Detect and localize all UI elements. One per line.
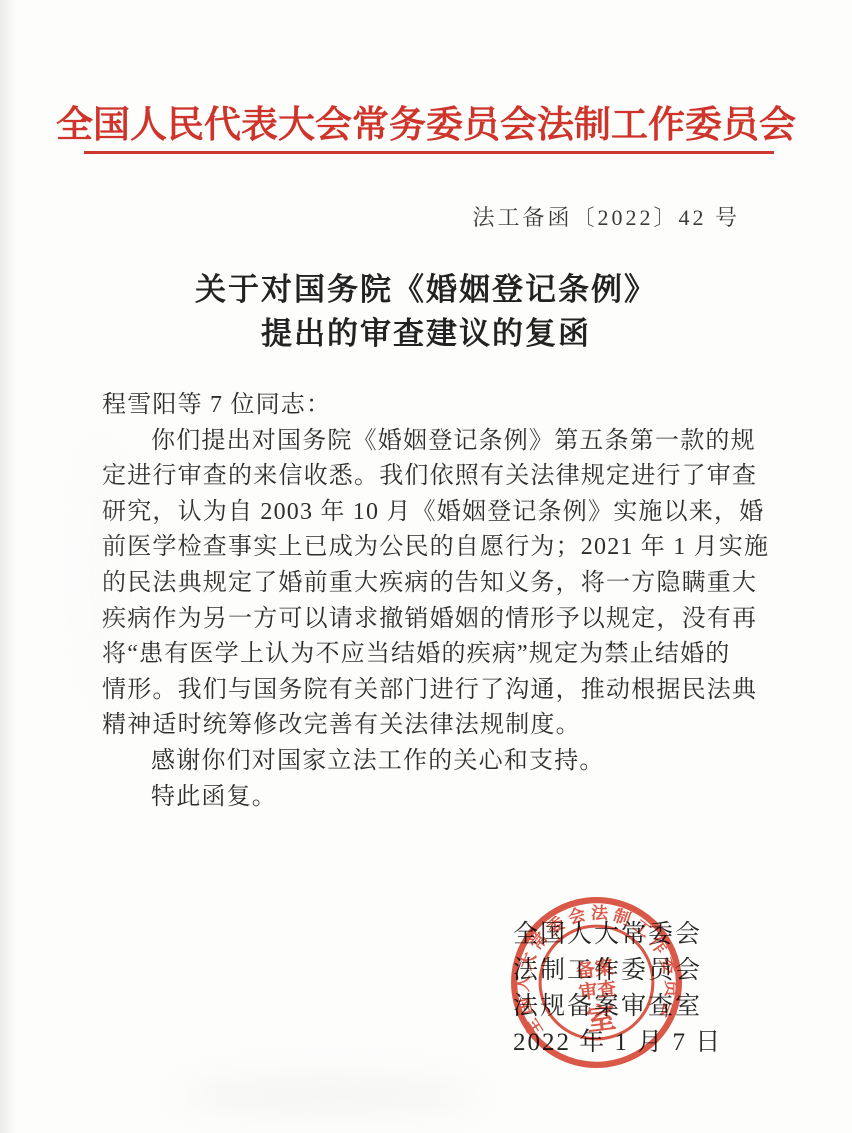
letter-body: 程雪阳等 7 位同志： 你们提出对国务院《婚姻登记条例》第五条第一款的规定进行审… [102,388,762,815]
seal-center-text-row3: 室 [584,1001,617,1037]
scanned-letter-page: 全国人民代表大会常务委员会法制工作委员会 法工备函〔2022〕42 号 关于对国… [0,0,852,1133]
body-line: 的民法典规定了婚前重大疾病的告知义务，将一方隐瞒重大 [102,566,762,602]
body-line: 精神适时统筹修改完善有关法律法规制度。 [102,708,762,744]
seal-ring-char: 法 [591,903,610,924]
body-line: 研究，认为自 2003 年 10 月《婚姻登记条例》实施以来，婚 [102,495,762,531]
document-reference-number: 法工备函〔2022〕42 号 [472,201,740,232]
document-title-line2: 提出的审查建议的复函 [0,312,852,356]
salutation: 程雪阳等 7 位同志： [102,388,762,424]
body-line: 特此函复。 [102,780,762,816]
body-line: 情形。我们与国务院有关部门进行了沟通，推动根据民法典 [102,673,762,709]
document-title: 关于对国务院《婚姻登记条例》 提出的审查建议的复函 [0,268,852,356]
body-text-lines: 你们提出对国务院《婚姻登记条例》第五条第一款的规定进行审查的来信收悉。我们依照有… [102,424,762,816]
scan-smudge [90,440,108,700]
seal-ring-char: 员 [662,980,681,999]
body-line: 前医学检查事实上已成为公民的自愿行为；2021 年 1 月实施 [102,530,762,566]
body-line: 疾病作为另一方可以请求撤销婚姻的情形予以规定，没有再 [102,602,762,638]
letterhead-org-title: 全国人民代表大会常务委员会法制工作委员会 [0,94,852,148]
body-line: 你们提出对国务院《婚姻登记条例》第五条第一款的规 [102,424,762,460]
seal-ring-char: 人 [513,974,533,992]
scan-smudge [180,1075,480,1115]
letterhead-divider-rule [84,151,774,154]
body-line: 感谢你们对国家立法工作的关心和支持。 [102,744,762,780]
body-line: 定进行审查的来信收悉。我们依照有关法律规定进行了审查 [102,459,762,495]
scan-edge-shadow [0,0,16,1133]
document-title-line1: 关于对国务院《婚姻登记条例》 [0,268,852,312]
official-seal-graphic: 全国人大常委会法制工作委员会 备案 审查 室 [497,883,696,1082]
body-line: 将“患有医学上认为不应当结婚的疾病”规定为禁止结婚的 [102,637,762,673]
official-seal-stamp: 全国人大常委会法制工作委员会 备案 审查 室 [497,883,696,1082]
